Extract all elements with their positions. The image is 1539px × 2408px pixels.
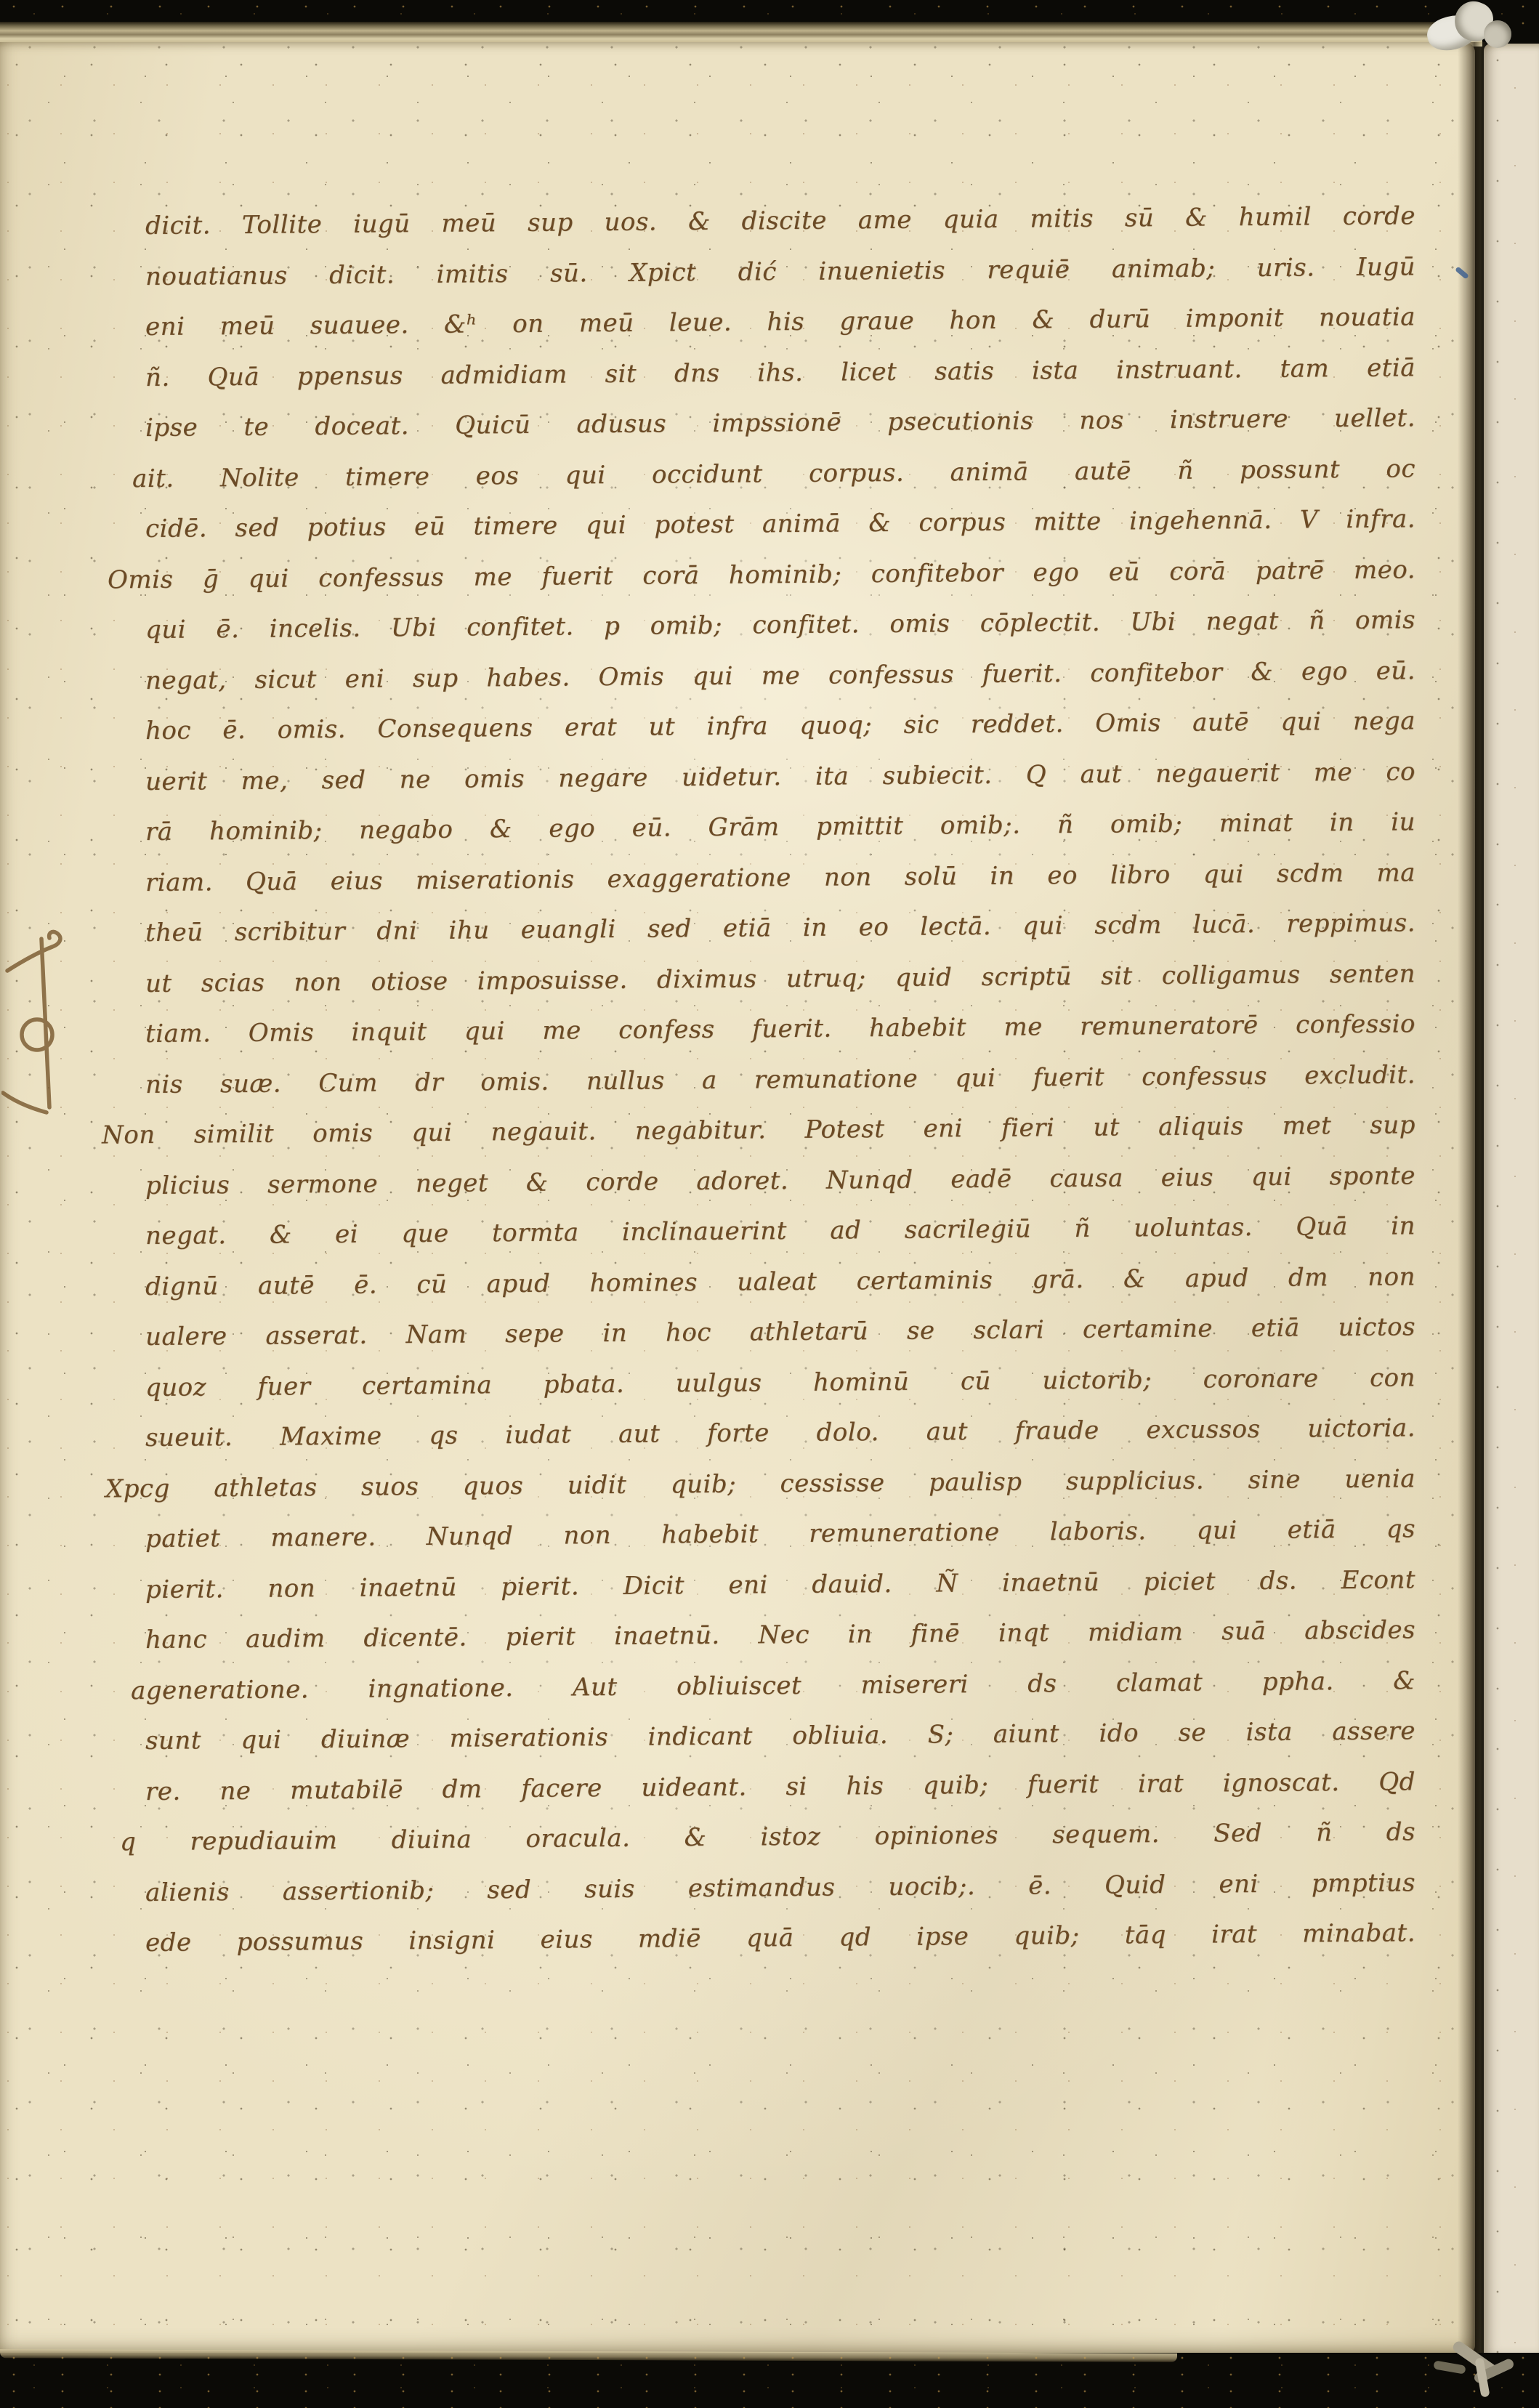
text-line: qui ē. incelis. Ubi confitet. p omib; co… <box>145 595 1415 655</box>
text-line: rā hominib; negabo & ego eū. Grām pmitti… <box>145 797 1415 857</box>
text-line: q repudiauim diuina oracula. & istoz opi… <box>145 1807 1415 1867</box>
text-line: hoc ē. omis. Consequens erat ut infra qu… <box>145 696 1415 756</box>
text-line: Non similit omis qui negauit. negabitur.… <box>145 1100 1415 1160</box>
text-block: dicit. Tollite iugū meū sup uos. & disci… <box>145 201 1415 1969</box>
text-line: dicit. Tollite iugū meū sup uos. & disci… <box>145 191 1415 251</box>
adjacent-page-edge <box>1484 44 1539 2353</box>
text-line: ualere asserat. Nam sepe in hoc athletar… <box>145 1302 1415 1362</box>
fragment-blob <box>1484 20 1511 48</box>
manuscript-photo: dicit. Tollite iugū meū sup uos. & disci… <box>0 0 1539 2408</box>
text-line: negat. & ei que tormta inclinauerint ad … <box>145 1201 1415 1261</box>
text-line: sunt qui diuinæ miserationis indicant ob… <box>145 1706 1415 1766</box>
text-line: sueuit. Maxime qs iudat aut forte dolo. … <box>145 1403 1415 1463</box>
text-line: ede possumus insigni eius mdiē quā qd ip… <box>145 1908 1415 1968</box>
text-line: tiam. Omis inquit qui me confess fuerit.… <box>145 999 1415 1059</box>
backdrop-top <box>0 0 1539 25</box>
binding-tassel-icon <box>1442 2344 1538 2408</box>
nota-mark-icon <box>1 924 77 1120</box>
parchment-fragment-icon <box>1426 1 1513 58</box>
text-line: eni meū suauee. &ʰ on meū leue. his grau… <box>145 292 1415 352</box>
text-line: hanc audim dicentē. pierit inaetnū. Nec … <box>145 1605 1415 1665</box>
text-line: cidē. sed potius eū timere qui potest an… <box>145 494 1415 554</box>
tassel-thread <box>1433 2360 1466 2374</box>
text-line: theū scribitur dni ihu euangli sed etiā … <box>145 898 1415 958</box>
text-line: patiet manere. Nunqd non habebit remuner… <box>145 1504 1415 1564</box>
text-line: ipse te doceat. Quicū adusus impssionē p… <box>145 393 1415 453</box>
